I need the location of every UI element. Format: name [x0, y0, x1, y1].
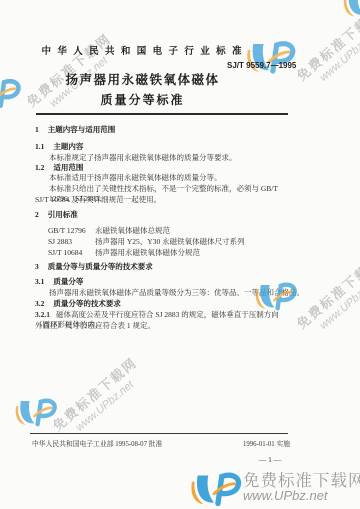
section-title: 适用范围: [53, 163, 83, 172]
watermark-bottom-right: 免费标准下载网 www.UPbz.net: [243, 472, 360, 503]
scanned-standard-page: 免费标准下载网 www.UPbz.net 免费标准下载网 www.UPbz.ne…: [0, 0, 360, 509]
section-title: 主题内容与适用范围: [48, 125, 116, 134]
standard-number: SJ/T 9559.7—1995: [227, 61, 296, 70]
section-1-2-heading: 1.2适用范围: [35, 163, 291, 173]
footer-implementation: 1996-01-01 实施: [225, 438, 290, 448]
section-title: 引用标准: [48, 210, 78, 219]
paragraph-3-1: 扬声器用永磁铁氧体磁体产品质量等级分为三等：优等品、一等品和合格品。: [35, 288, 305, 298]
paragraph-1-2a: 本标准适用于扬声器用永磁铁氧体磁体的质量分等。: [35, 173, 305, 183]
reference-row: GB/T 12796永磁铁氧体磁体总规范: [35, 226, 304, 236]
section-3-heading: 3质量分等与质量分等的技术要求: [35, 262, 291, 272]
reference-title: 扬声器用 Y25、Y30 永磁铁氧体磁体尺寸系列: [95, 237, 245, 246]
watermark-site-name: 免费标准下载网: [243, 472, 360, 489]
watermark-diagonal-top-right: 免费标准下载网 www.UPbz.net: [292, 2, 360, 94]
reference-code: SJ/T 10684: [48, 248, 95, 258]
reference-row: SJ/T 10684扬声器用永磁铁氧体磁体分规范: [35, 248, 304, 258]
section-2-heading: 2引用标准: [35, 210, 291, 220]
watermark-site-url: www.UPbz.net: [305, 18, 360, 95]
section-title: 质量分等的技术要求: [53, 299, 121, 308]
doc-title-line2: 质量分等标准: [0, 91, 285, 108]
watermark-site-name: 免费标准下载网: [292, 2, 360, 84]
org-line: 中 华 人 民 共 和 国 电 子 行 业 标 准: [0, 43, 285, 57]
watermark-site-name: 免费标准下载网: [48, 352, 141, 434]
section-title: 主题内容: [53, 142, 83, 151]
paragraph-3-2-1-line2: 外直径）尺寸公差应符合表 1 规定。: [35, 321, 291, 331]
section-number: 3.1: [35, 277, 44, 286]
section-number: 2: [35, 210, 39, 219]
watermark-site-url: www.UPbz.net: [305, 266, 360, 343]
paragraph-1-1: 本标准规定了扬声器用永磁铁氧体磁体的质量分等要求。: [35, 153, 305, 163]
watermark-diagonal-mid-left: 免费标准下载网 www.UPbz.net: [48, 352, 149, 444]
section-title: 质量分等与质量分等的技术要求: [48, 262, 153, 271]
section-3-2-heading: 3.2质量分等的技术要求: [35, 299, 291, 309]
paragraph-1-2b-line2: SJ/T 10684 及有关详细规范一起使用。: [35, 195, 291, 205]
reference-title: 扬声器用永磁铁氧体磁体分规范: [95, 248, 200, 257]
watermark-site-url: www.UPbz.net: [243, 489, 360, 503]
section-title: 质量分等: [53, 277, 83, 286]
clause-number: 3.2.1: [35, 310, 50, 319]
reference-code: GB/T 12796: [48, 226, 95, 236]
up-logo-icon: [340, 0, 360, 22]
up-logo-icon: [12, 396, 60, 430]
section-number: 1.1: [35, 142, 44, 151]
section-3-1-heading: 3.1质量分等: [35, 277, 291, 287]
reference-row: SJ 2883扬声器用 Y25、Y30 永磁铁氧体磁体尺寸系列: [35, 237, 304, 247]
section-number: 1: [35, 125, 39, 134]
footer-approval: 中华人民共和国电子工业部 1995-08-07 批准: [32, 438, 162, 448]
section-1-1-heading: 1.1主题内容: [35, 142, 291, 152]
section-number: 3.2: [35, 299, 44, 308]
header-rule: [36, 113, 288, 115]
section-1-heading: 1主题内容与适用范围: [35, 125, 291, 135]
footer-rule: [30, 433, 288, 434]
doc-title: 扬声器用永磁铁氧体磁体 质量分等标准: [0, 70, 285, 108]
section-number: 1.2: [35, 163, 44, 172]
up-logo-icon: [187, 470, 245, 509]
doc-title-line1: 扬声器用永磁铁氧体磁体: [0, 70, 285, 88]
reference-code: SJ 2883: [48, 237, 95, 247]
reference-title: 永磁铁氧体磁体总规范: [95, 226, 170, 235]
page-number: — 1 —: [240, 455, 300, 464]
section-number: 3: [35, 262, 39, 271]
